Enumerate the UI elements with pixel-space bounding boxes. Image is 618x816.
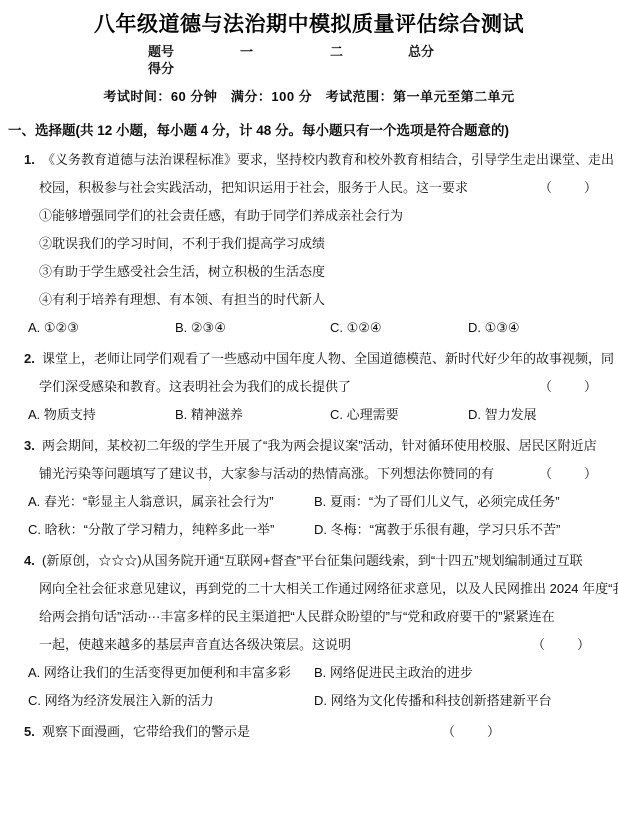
- option-d: D. 智力发展: [468, 401, 537, 429]
- question-text: 两会期间，某校初二年级的学生开展了“我为两会提议案”活动，针对循环使用校服、居民…: [42, 432, 597, 460]
- answer-bracket: （ ）: [442, 718, 502, 746]
- question-text: 铺光污染等问题填写了建议书，大家参与活动的热情高涨。下列想法你赞同的有: [39, 460, 494, 488]
- question-line: 给两会捎句话”活动···丰富多样的民主渠道把“人民群众盼望的”与“党和政府要干的…: [24, 603, 614, 631]
- question-text: 一起，使越来越多的基层声音直达各级决策层。这说明: [39, 631, 351, 659]
- question-number: 4.: [24, 547, 42, 575]
- score-table-header-label: 题号: [148, 43, 240, 60]
- options-row: A. ①②③ B. ②③④ C. ①②④ D. ①③④: [24, 314, 614, 342]
- answer-bracket: （ ）: [539, 373, 599, 401]
- option-a: A. 春光：“彰显主人翁意识，属亲社会行为”: [28, 488, 314, 516]
- question-text: 网向全社会征求意见建议，再到党的二十大相关工作通过网络征求意见，以及人民网推出 …: [39, 575, 618, 603]
- score-table-score-row: 得分: [148, 60, 618, 77]
- options-row: A. 物质支持 B. 精神滋养 C. 心理需要 D. 智力发展: [24, 401, 614, 429]
- score-table-col-2: 二: [330, 43, 408, 60]
- question-2: 2. 课堂上，老师让同学们观看了一些感动中国年度人物、全国道德模范、新时代好少年…: [24, 345, 614, 429]
- options-row: A. 春光：“彰显主人翁意识，属亲社会行为” B. 夏雨：“为了哥们儿义气，必须…: [24, 488, 614, 516]
- question-text: 观察下面漫画，它带给我们的警示是: [42, 718, 250, 746]
- question-text: 学们深受感染和教育。这表明社会为我们的成长提供了: [39, 373, 351, 401]
- option-a: A. 物质支持: [28, 401, 175, 429]
- question-5: 5. 观察下面漫画，它带给我们的警示是 （ ）: [24, 718, 614, 746]
- option-b: B. ②③④: [175, 314, 330, 342]
- question-line: 5. 观察下面漫画，它带给我们的警示是 （ ）: [24, 718, 614, 746]
- option-d: D. 冬梅：“寓教于乐很有趣，学习只乐不苦”: [314, 516, 560, 544]
- score-table: 题号 一 二 总分 得分: [148, 43, 618, 77]
- statement-2: ②耽误我们的学习时间，不利于我们提高学习成绩: [24, 230, 614, 258]
- question-line: 1. 《义务教育道德与法治课程标准》要求，坚持校内教育和校外教育相结合，引导学生…: [24, 146, 614, 174]
- option-a: A. ①②③: [28, 314, 175, 342]
- option-a: A. 网络让我们的生活变得更加便利和丰富多彩: [28, 659, 314, 687]
- question-line: 网向全社会征求意见建议，再到党的二十大相关工作通过网络征求意见，以及人民网推出 …: [24, 575, 614, 603]
- question-number: 5.: [24, 718, 42, 746]
- question-number: 1.: [24, 146, 42, 174]
- option-d: D. ①③④: [468, 314, 520, 342]
- statement-3: ③有助于学生感受社会生活，树立积极的生活态度: [24, 258, 614, 286]
- question-number: 3.: [24, 432, 42, 460]
- score-table-header-row: 题号 一 二 总分: [148, 43, 618, 60]
- answer-bracket: （ ）: [539, 174, 599, 202]
- question-line: 2. 课堂上，老师让同学们观看了一些感动中国年度人物、全国道德模范、新时代好少年…: [24, 345, 614, 373]
- score-table-col-total: 总分: [408, 43, 478, 60]
- statement-4: ④有利于培养有理想、有本领、有担当的时代新人: [24, 286, 614, 314]
- question-line: 校园，积极参与社会实践活动，把知识运用于社会，服务于人民。这一要求 （ ）: [24, 174, 614, 202]
- question-text: 给两会捎句话”活动···丰富多样的民主渠道把“人民群众盼望的”与“党和政府要干的…: [39, 603, 555, 631]
- statement-1: ①能够增强同学们的社会责任感，有助于同学们养成亲社会行为: [24, 202, 614, 230]
- question-4: 4. (新原创，☆☆☆)从国务院开通“互联网+督查”平台征集问题线索，到“十四五…: [24, 547, 614, 715]
- option-c: C. 心理需要: [330, 401, 468, 429]
- option-b: B. 网络促进民主政治的进步: [314, 659, 473, 687]
- options-row: C. 晗秋：“分散了学习精力，纯粹多此一举” D. 冬梅：“寓教于乐很有趣，学习…: [24, 516, 614, 544]
- question-3: 3. 两会期间，某校初二年级的学生开展了“我为两会提议案”活动，针对循环使用校服…: [24, 432, 614, 544]
- question-text: 课堂上，老师让同学们观看了一些感动中国年度人物、全国道德模范、新时代好少年的故事…: [42, 345, 614, 373]
- option-b: B. 夏雨：“为了哥们儿义气，必须完成任务”: [314, 488, 560, 516]
- question-text: 校园，积极参与社会实践活动，把知识运用于社会，服务于人民。这一要求: [39, 174, 468, 202]
- page-title: 八年级道德与法治期中模拟质量评估综合测试: [0, 0, 618, 38]
- question-line: 3. 两会期间，某校初二年级的学生开展了“我为两会提议案”活动，针对循环使用校服…: [24, 432, 614, 460]
- question-line: 一起，使越来越多的基层声音直达各级决策层。这说明 （ ）: [24, 631, 614, 659]
- section-heading: 一、选择题(共 12 小题，每小题 4 分，计 48 分。每小题只有一个选项是符…: [8, 119, 618, 139]
- score-table-score-label: 得分: [148, 60, 240, 77]
- score-table-col-1: 一: [240, 43, 330, 60]
- question-line: 4. (新原创，☆☆☆)从国务院开通“互联网+督查”平台征集问题线索，到“十四五…: [24, 547, 614, 575]
- option-c: C. 晗秋：“分散了学习精力，纯粹多此一举”: [28, 516, 314, 544]
- question-line: 学们深受感染和教育。这表明社会为我们的成长提供了 （ ）: [24, 373, 614, 401]
- question-line: 铺光污染等问题填写了建议书，大家参与活动的热情高涨。下列想法你赞同的有 （ ）: [24, 460, 614, 488]
- question-text: (新原创，☆☆☆)从国务院开通“互联网+督查”平台征集问题线索，到“十四五”规划…: [42, 547, 583, 575]
- question-number: 2.: [24, 345, 42, 373]
- options-row: A. 网络让我们的生活变得更加便利和丰富多彩 B. 网络促进民主政治的进步: [24, 659, 614, 687]
- answer-bracket: （ ）: [532, 631, 592, 659]
- question-text: 《义务教育道德与法治课程标准》要求，坚持校内教育和校外教育相结合，引导学生走出课…: [42, 146, 614, 174]
- option-d: D. 网络为文化传播和科技创新搭建新平台: [314, 687, 552, 715]
- exam-info: 考试时间：60 分钟 满分：100 分 考试范围：第一单元至第二单元: [0, 86, 618, 105]
- option-b: B. 精神滋养: [175, 401, 330, 429]
- question-1: 1. 《义务教育道德与法治课程标准》要求，坚持校内教育和校外教育相结合，引导学生…: [24, 146, 614, 342]
- options-row: C. 网络为经济发展注入新的活力 D. 网络为文化传播和科技创新搭建新平台: [24, 687, 614, 715]
- option-c: C. ①②④: [330, 314, 468, 342]
- answer-bracket: （ ）: [539, 460, 599, 488]
- exam-paper-page: 八年级道德与法治期中模拟质量评估综合测试 题号 一 二 总分 得分 考试时间：6…: [0, 0, 618, 816]
- option-c: C. 网络为经济发展注入新的活力: [28, 687, 314, 715]
